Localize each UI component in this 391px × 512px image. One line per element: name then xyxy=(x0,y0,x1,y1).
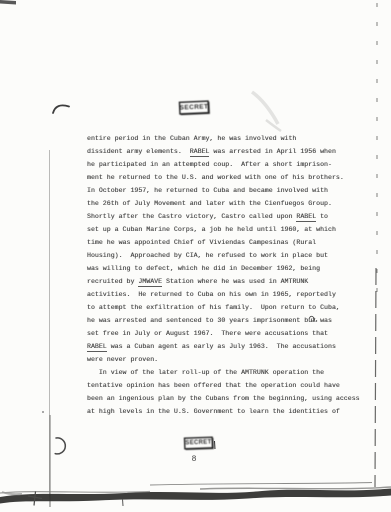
text-line: he was arrested and sentenced to 30 year… xyxy=(87,314,387,327)
stamp-bottom-text: SECRET xyxy=(185,440,211,447)
body-text: entire period in the Cuban Army, he was … xyxy=(87,132,387,418)
text-line: RABEL was a Cuban agent as early as July… xyxy=(87,340,387,353)
stamp-top-text: SECRET xyxy=(179,103,208,111)
classification-stamp-bottom: SECRET xyxy=(184,436,213,449)
text-line: dissident army elements. RABEL was arres… xyxy=(87,145,387,158)
text-line: tentative opinion has been offered that … xyxy=(87,379,387,392)
text-line: recruited by JMWAVE Station where he was… xyxy=(87,275,387,288)
text-line: he participated in an attempted coup. Af… xyxy=(87,158,387,171)
binder-hole-bottom xyxy=(55,438,65,454)
text-line: were never proven. xyxy=(87,353,387,366)
text-line: was willing to defect, which he did in D… xyxy=(87,262,387,275)
scan-edge-band xyxy=(0,489,391,504)
page-number: 8 xyxy=(188,455,200,464)
text-line: In view of the later roll-up of the AMTR… xyxy=(87,366,387,379)
text-line: the 26th of July Movement and later with… xyxy=(87,197,387,210)
text-line: entire period in the Cuban Army, he was … xyxy=(87,132,387,145)
corner-smudge xyxy=(0,0,16,5)
text-line: In October 1957, he returned to Cuba and… xyxy=(87,184,387,197)
text-line: ment he returned to the U.S. and worked … xyxy=(87,171,387,184)
document-page: SECRET entire period in the Cuban Army, … xyxy=(0,0,391,512)
text-line: to attempt the exfiltration of his famil… xyxy=(87,301,387,314)
binder-hole-top xyxy=(53,105,69,113)
text-line: set free in July or August 1967. There w… xyxy=(87,327,387,340)
classification-stamp-top: SECRET xyxy=(179,100,210,114)
text-line: set up a Cuban Marine Corps, a job he he… xyxy=(87,223,387,236)
text-line: time he was appointed Chief of Viviendas… xyxy=(87,236,387,249)
text-line: at high levels in the U.S. Government to… xyxy=(87,405,387,418)
text-line: Housing). Approached by CIA, he refused … xyxy=(87,249,387,262)
text-line: Shortly after the Castro victory, Castro… xyxy=(87,210,387,223)
text-line: been an ingenious plan by the Cubans fro… xyxy=(87,392,387,405)
text-line: activities. He returned to Cuba on his o… xyxy=(87,288,387,301)
